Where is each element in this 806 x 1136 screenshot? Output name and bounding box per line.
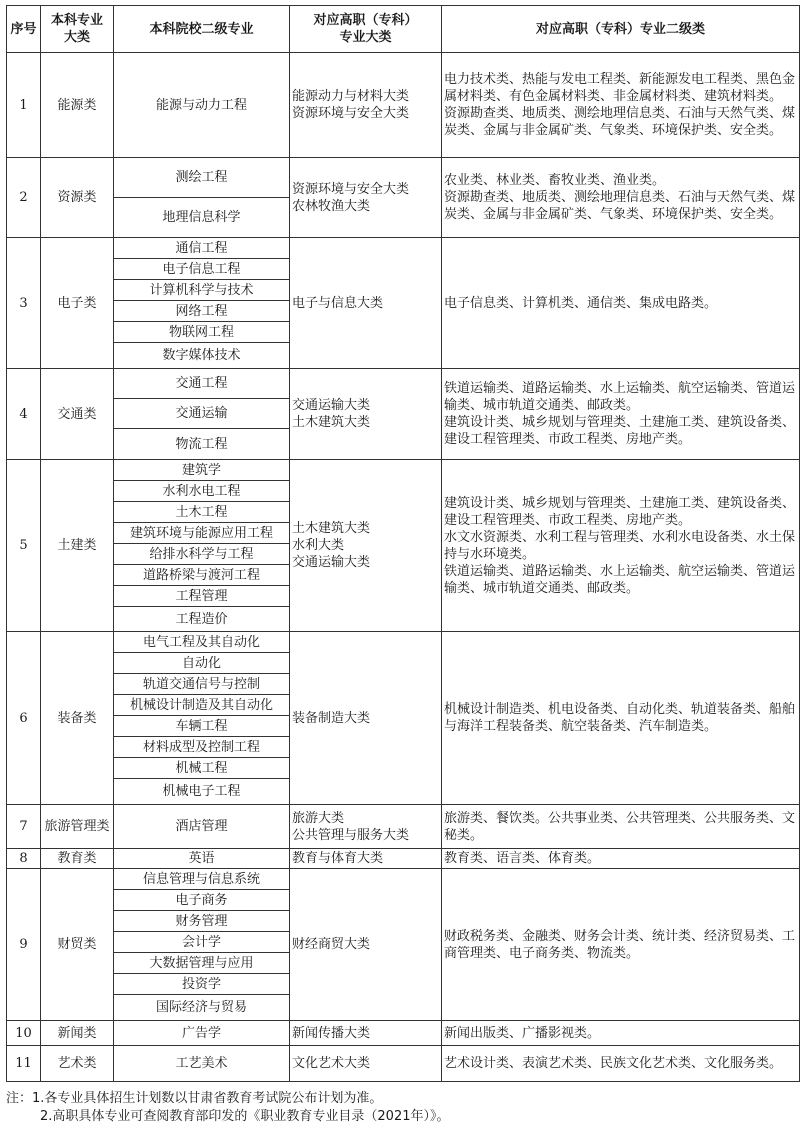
vocational-category-line: 资源环境与安全大类 [292,105,439,122]
cell-vocational-category: 旅游大类公共管理与服务大类 [290,805,442,849]
cell-vocational-subcategory: 艺术设计类、表演艺术类、民族文化艺术类、文化服务类。 [442,1046,800,1082]
cell-vocational-category: 装备制造大类 [290,632,442,805]
cell-undergrad-major: 地理信息科学 [114,198,290,238]
cell-undergrad-category: 艺术类 [41,1046,114,1082]
table-row: 11艺术类工艺美术文化艺术大类艺术设计类、表演艺术类、民族文化艺术类、文化服务类… [7,1046,800,1082]
vocational-category-line: 农林牧渔大类 [292,198,439,215]
vocational-category-line: 旅游大类 [292,810,439,827]
cell-serial-number: 7 [7,805,41,849]
cell-vocational-subcategory: 教育类、语言类、体育类。 [442,849,800,869]
major-mapping-table: 序号 本科专业 大类 本科院校二级专业 对应高职（专科） 专业大类 对应高职（专… [6,5,800,1082]
header-vocational-subcategory: 对应高职（专科）专业二级类 [442,6,800,53]
cell-undergrad-major: 酒店管理 [114,805,290,849]
table-row: 5土建类建筑学土木建筑大类水利大类交通运输大类建筑设计类、城乡规划与管理类、土建… [7,460,800,481]
cell-undergrad-major: 物联网工程 [114,322,290,343]
cell-undergrad-major: 轨道交通信号与控制 [114,674,290,695]
cell-vocational-category: 能源动力与材料大类资源环境与安全大类 [290,53,442,158]
cell-undergrad-category: 装备类 [41,632,114,805]
cell-undergrad-major: 网络工程 [114,301,290,322]
cell-undergrad-major: 给排水科学与工程 [114,544,290,565]
cell-undergrad-major: 计算机科学与技术 [114,280,290,301]
vocational-category-line: 能源动力与材料大类 [292,88,439,105]
header-vocational-category: 对应高职（专科） 专业大类 [290,6,442,53]
table-row: 1能源类能源与动力工程能源动力与材料大类资源环境与安全大类电力技术类、热能与发电… [7,53,800,158]
cell-vocational-subcategory: 机械设计制造类、机电设备类、自动化类、轨道装备类、船舶与海洋工程装备类、航空装备… [442,632,800,805]
table-body: 1能源类能源与动力工程能源动力与材料大类资源环境与安全大类电力技术类、热能与发电… [7,53,800,1082]
cell-vocational-subcategory: 电力技术类、热能与发电工程类、新能源发电工程类、黑色金属材料类、有色金属材料类、… [442,53,800,158]
vocational-category-line: 财经商贸大类 [292,936,439,953]
cell-serial-number: 10 [7,1021,41,1046]
cell-vocational-subcategory: 铁道运输类、道路运输类、水上运输类、航空运输类、管道运输类、城市轨道交通类、邮政… [442,369,800,460]
cell-undergrad-major: 大数据管理与应用 [114,953,290,974]
cell-undergrad-major: 数字媒体技术 [114,343,290,369]
table-row: 3电子类通信工程电子与信息大类电子信息类、计算机类、通信类、集成电路类。 [7,238,800,259]
cell-undergrad-major: 材料成型及控制工程 [114,737,290,758]
cell-vocational-category: 交通运输大类土木建筑大类 [290,369,442,460]
cell-undergrad-major: 国际经济与贸易 [114,995,290,1021]
cell-vocational-subcategory: 旅游类、餐饮类。公共事业类、公共管理类、公共服务类、文秘类。 [442,805,800,849]
cell-vocational-category: 土木建筑大类水利大类交通运输大类 [290,460,442,632]
header-undergrad-category: 本科专业 大类 [41,6,114,53]
cell-undergrad-major: 测绘工程 [114,158,290,198]
cell-serial-number: 5 [7,460,41,632]
cell-undergrad-major: 工艺美术 [114,1046,290,1082]
cell-serial-number: 3 [7,238,41,369]
cell-undergrad-major: 建筑环境与能源应用工程 [114,523,290,544]
cell-undergrad-major: 财务管理 [114,911,290,932]
cell-serial-number: 8 [7,849,41,869]
cell-undergrad-major: 电子商务 [114,890,290,911]
cell-vocational-category: 资源环境与安全大类农林牧渔大类 [290,158,442,238]
vocational-category-line: 土木建筑大类 [292,414,439,431]
cell-undergrad-major: 机械工程 [114,758,290,779]
cell-undergrad-major: 能源与动力工程 [114,53,290,158]
table-row: 4交通类交通工程交通运输大类土木建筑大类铁道运输类、道路运输类、水上运输类、航空… [7,369,800,399]
cell-vocational-category: 文化艺术大类 [290,1046,442,1082]
vocational-category-line: 装备制造大类 [292,710,439,727]
table-row: 9财贸类信息管理与信息系统财经商贸大类财政税务类、金融类、财务会计类、统计类、经… [7,869,800,890]
cell-serial-number: 2 [7,158,41,238]
cell-vocational-subcategory: 财政税务类、金融类、财务会计类、统计类、经济贸易类、工商管理类、电子商务类、物流… [442,869,800,1021]
cell-undergrad-category: 新闻类 [41,1021,114,1046]
cell-undergrad-category: 能源类 [41,53,114,158]
cell-undergrad-category: 土建类 [41,460,114,632]
cell-undergrad-category: 旅游管理类 [41,805,114,849]
vocational-category-line: 资源环境与安全大类 [292,181,439,198]
table-row: 2资源类测绘工程资源环境与安全大类农林牧渔大类农业类、林业类、畜牧业类、渔业类。… [7,158,800,198]
cell-vocational-subcategory: 电子信息类、计算机类、通信类、集成电路类。 [442,238,800,369]
cell-undergrad-major: 电气工程及其自动化 [114,632,290,653]
cell-undergrad-major: 车辆工程 [114,716,290,737]
cell-undergrad-major: 机械电子工程 [114,779,290,805]
cell-undergrad-major: 投资学 [114,974,290,995]
cell-undergrad-category: 交通类 [41,369,114,460]
vocational-category-line: 交通运输大类 [292,554,439,571]
vocational-category-line: 新闻传播大类 [292,1025,439,1042]
cell-undergrad-major: 信息管理与信息系统 [114,869,290,890]
vocational-category-line: 公共管理与服务大类 [292,827,439,844]
cell-vocational-category: 教育与体育大类 [290,849,442,869]
cell-undergrad-major: 土木工程 [114,502,290,523]
cell-undergrad-major: 广告学 [114,1021,290,1046]
cell-serial-number: 11 [7,1046,41,1082]
cell-undergrad-category: 电子类 [41,238,114,369]
cell-vocational-category: 新闻传播大类 [290,1021,442,1046]
cell-serial-number: 1 [7,53,41,158]
major-mapping-table-container: 序号 本科专业 大类 本科院校二级专业 对应高职（专科） 专业大类 对应高职（专… [6,5,800,1082]
cell-vocational-category: 电子与信息大类 [290,238,442,369]
cell-vocational-subcategory: 新闻出版类、广播影视类。 [442,1021,800,1046]
cell-serial-number: 9 [7,869,41,1021]
cell-undergrad-major: 物流工程 [114,429,290,460]
cell-undergrad-major: 通信工程 [114,238,290,259]
cell-undergrad-major: 英语 [114,849,290,869]
footnote-2: 2.高职具体专业可查阅教育部印发的《职业教育专业目录（2021年）》。 [6,1108,450,1126]
vocational-category-line: 土木建筑大类 [292,520,439,537]
cell-undergrad-category: 财贸类 [41,869,114,1021]
vocational-category-line: 水利大类 [292,537,439,554]
cell-undergrad-category: 教育类 [41,849,114,869]
cell-serial-number: 6 [7,632,41,805]
table-row: 8教育类英语教育与体育大类教育类、语言类、体育类。 [7,849,800,869]
footnotes: 注：1.各专业具体招生计划数以甘肃省教育考试院公布计划为准。 2.高职具体专业可… [6,1090,450,1126]
vocational-category-line: 交通运输大类 [292,397,439,414]
vocational-category-line: 教育与体育大类 [292,850,439,867]
table-header-row: 序号 本科专业 大类 本科院校二级专业 对应高职（专科） 专业大类 对应高职（专… [7,6,800,53]
table-row: 10新闻类广告学新闻传播大类新闻出版类、广播影视类。 [7,1021,800,1046]
header-undergrad-major: 本科院校二级专业 [114,6,290,53]
cell-vocational-subcategory: 农业类、林业类、畜牧业类、渔业类。 资源勘查类、地质类、测绘地理信息类、石油与天… [442,158,800,238]
cell-undergrad-major: 工程造价 [114,607,290,632]
vocational-category-line: 文化艺术大类 [292,1055,439,1072]
cell-vocational-subcategory: 建筑设计类、城乡规划与管理类、土建施工类、建筑设备类、建设工程管理类、市政工程类… [442,460,800,632]
cell-serial-number: 4 [7,369,41,460]
cell-undergrad-major: 道路桥梁与渡河工程 [114,565,290,586]
cell-undergrad-category: 资源类 [41,158,114,238]
cell-vocational-category: 财经商贸大类 [290,869,442,1021]
cell-undergrad-major: 自动化 [114,653,290,674]
cell-undergrad-major: 工程管理 [114,586,290,607]
cell-undergrad-major: 机械设计制造及其自动化 [114,695,290,716]
cell-undergrad-major: 交通工程 [114,369,290,399]
table-row: 6装备类电气工程及其自动化装备制造大类机械设计制造类、机电设备类、自动化类、轨道… [7,632,800,653]
cell-undergrad-major: 交通运输 [114,399,290,429]
header-serial-number: 序号 [7,6,41,53]
table-row: 7旅游管理类酒店管理旅游大类公共管理与服务大类旅游类、餐饮类。公共事业类、公共管… [7,805,800,849]
cell-undergrad-major: 会计学 [114,932,290,953]
vocational-category-line: 电子与信息大类 [292,295,439,312]
cell-undergrad-major: 水利水电工程 [114,481,290,502]
cell-undergrad-major: 电子信息工程 [114,259,290,280]
footnote-1: 注：1.各专业具体招生计划数以甘肃省教育考试院公布计划为准。 [6,1090,450,1108]
cell-undergrad-major: 建筑学 [114,460,290,481]
